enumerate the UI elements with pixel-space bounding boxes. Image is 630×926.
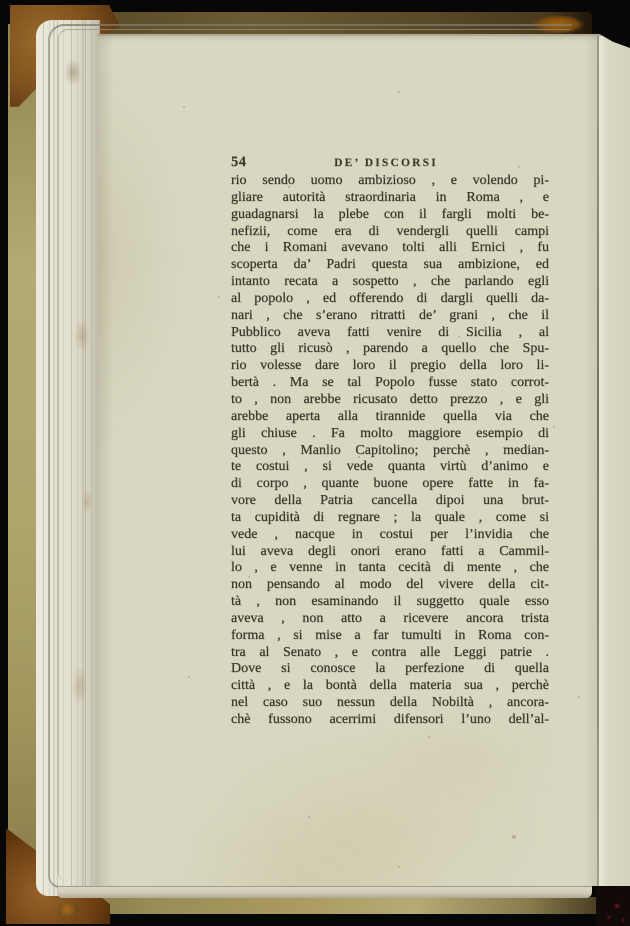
page-bottom-edge bbox=[58, 886, 592, 898]
text-line: guadagnarsi la plebe con il fargli molti… bbox=[231, 207, 549, 224]
marbled-cover-corner bbox=[596, 886, 630, 926]
text-line: tra al Senato , e contra alle Leggi patr… bbox=[231, 645, 549, 662]
text-line: nel caso suo nessun della Nobiltà , anco… bbox=[231, 695, 549, 712]
text-line: Pubblico aveva fatti venire di Sicilia ,… bbox=[231, 325, 549, 342]
text-line: gliare autorità straordinaria in Roma , … bbox=[231, 190, 549, 207]
book-cover-bottom-edge bbox=[30, 897, 596, 914]
text-line: te costui , si vede quanta virtù d’animo… bbox=[231, 459, 549, 476]
text-line: lui aveva degli onori erano fatti a Camm… bbox=[231, 544, 549, 561]
running-header: DE’ DISCORSI bbox=[231, 156, 549, 170]
text-line: ta cupidità di regnare ; la quale , come… bbox=[231, 510, 549, 527]
book-page: 54 DE’ DISCORSI rio sendo uomo ambizioso… bbox=[98, 34, 630, 886]
book-scan: 54 DE’ DISCORSI rio sendo uomo ambizioso… bbox=[0, 0, 630, 926]
text-line: intanto recata a sospetto , che parlando… bbox=[231, 274, 549, 291]
text-line: vede , nacque in costui per l’invidia ch… bbox=[231, 527, 549, 544]
text-line: scoperta da’ Padri questa sua ambizione,… bbox=[231, 257, 549, 274]
page-header: 54 DE’ DISCORSI bbox=[231, 154, 549, 171]
text-line: tà , non esaminando il suggetto quale es… bbox=[231, 594, 549, 611]
text-line: lo , e venne in tanta cecità di mente , … bbox=[231, 560, 549, 577]
text-line: tutto gli ricusò , parendo a quello che … bbox=[231, 341, 549, 358]
text-line: questo , Manlio Capitolino; perchè , med… bbox=[231, 443, 549, 460]
text-line: forma , si mise a far tumulti in Roma co… bbox=[231, 628, 549, 645]
page-text: rio sendo uomo ambizioso , e volendo pi-… bbox=[231, 173, 549, 729]
foxing-specks bbox=[98, 36, 100, 38]
text-line: rio sendo uomo ambizioso , e volendo pi- bbox=[231, 173, 549, 190]
text-line: Dove si conosce la perfezione di quella bbox=[231, 661, 549, 678]
text-line: arebbe aperta alla tirannide quella via … bbox=[231, 409, 549, 426]
text-line: città , e la bontà della materia sua , p… bbox=[231, 678, 549, 695]
text-line: gli chiuse . Fa molto maggiore esempio d… bbox=[231, 426, 549, 443]
gutter-page-curve bbox=[599, 36, 630, 886]
text-line: nefizii, come era di vendergli quelli ca… bbox=[231, 224, 549, 241]
text-line: rio volesse dare loro il pregio della lo… bbox=[231, 358, 549, 375]
text-line: non pensando al modo del vivere della ci… bbox=[231, 577, 549, 594]
gutter-shadow bbox=[585, 36, 597, 886]
text-line: nari , che s’erano ritratti de’ grani , … bbox=[231, 308, 549, 325]
text-line: vore della Patria cancella dipoi una bru… bbox=[231, 493, 549, 510]
text-line: bertà . Ma se tal Popolo fusse stato cor… bbox=[231, 375, 549, 392]
book-cover-left-edge bbox=[8, 24, 38, 910]
text-line: che i Romani avevano tolti alli Ernici ,… bbox=[231, 240, 549, 257]
text-line: di corpo , quante buone opere fatte in f… bbox=[231, 476, 549, 493]
cover-blotch bbox=[58, 903, 80, 917]
text-line: al popolo , ed offerendo di dargli quell… bbox=[231, 291, 549, 308]
text-line: to , non arebbe ricusato detto prezzo , … bbox=[231, 392, 549, 409]
text-line: aveva , non atto a ricevere ancora trist… bbox=[231, 611, 549, 628]
text-line: chè fussono acerrimi difensori l’uno del… bbox=[231, 712, 549, 729]
